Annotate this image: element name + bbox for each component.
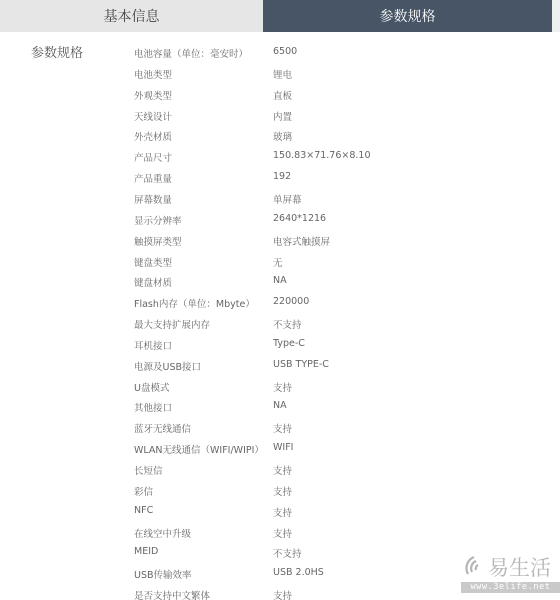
spec-label: 产品重量	[134, 171, 172, 185]
spec-label: 蓝牙无线通信	[134, 421, 191, 435]
spec-row: 产品尺寸150.83×71.76×8.10	[0, 147, 560, 167]
spec-value: 玻璃	[273, 129, 292, 143]
spec-value: 支持	[273, 380, 292, 394]
spec-value: 电容式触摸屏	[273, 234, 330, 248]
spec-value: 192	[273, 171, 291, 182]
spec-row: 键盘材质NA	[0, 272, 560, 292]
spec-row: 外观类型直板	[0, 85, 560, 105]
spec-row: 耳机接口Type-C	[0, 335, 560, 355]
spec-value: WIFI	[273, 442, 293, 453]
spec-row: 屏幕数量单屏幕	[0, 189, 560, 209]
spec-label: 产品尺寸	[134, 150, 172, 164]
spec-label: 其他接口	[134, 400, 172, 414]
spec-row: 在线空中升级支持	[0, 523, 560, 543]
spec-label: 耳机接口	[134, 338, 172, 352]
spec-row: WLAN无线通信（WIFI/WIPI）WIFI	[0, 439, 560, 459]
tab-basic-info[interactable]: 基本信息	[0, 0, 263, 32]
spec-row: 其他接口NA	[0, 397, 560, 417]
spec-row: 彩信支持	[0, 481, 560, 501]
spec-label: 最大支持扩展内存	[134, 317, 210, 331]
spec-row: 电池容量（单位：毫安时）6500	[0, 43, 560, 63]
spec-value: 直板	[273, 88, 292, 102]
spec-label: WLAN无线通信（WIFI/WIPI）	[134, 442, 264, 456]
spec-label: NFC	[134, 505, 153, 516]
spec-value: 2640*1216	[273, 213, 326, 224]
spec-label: 电池容量（单位：毫安时）	[134, 46, 248, 60]
spec-row: 键盘类型无	[0, 252, 560, 272]
tab-bar-filler	[552, 0, 560, 32]
spec-value: 不支持	[273, 546, 302, 560]
spec-value: 150.83×71.76×8.10	[273, 150, 371, 161]
watermark-logo-icon	[460, 552, 490, 580]
spec-value: 单屏幕	[273, 192, 302, 206]
spec-label: MEID	[134, 546, 158, 557]
spec-value: NA	[273, 275, 287, 286]
spec-value: 内置	[273, 109, 292, 123]
watermark-text: 易生活	[488, 552, 551, 582]
spec-value: 支持	[273, 421, 292, 435]
spec-label: 触摸屏类型	[134, 234, 182, 248]
tab-specifications[interactable]: 参数规格	[263, 0, 552, 32]
spec-value: 无	[273, 255, 283, 269]
spec-label: 彩信	[134, 484, 153, 498]
spec-value: 锂电	[273, 67, 292, 81]
spec-row: 电源及USB接口USB TYPE-C	[0, 356, 560, 376]
tab-bar: 基本信息 参数规格	[0, 0, 560, 32]
spec-row: NFC支持	[0, 502, 560, 522]
spec-row: 天线设计内置	[0, 106, 560, 126]
spec-label: 屏幕数量	[134, 192, 172, 206]
spec-row: Flash内存（单位：Mbyte）220000	[0, 293, 560, 313]
spec-value: 支持	[273, 484, 292, 498]
spec-label: Flash内存（单位：Mbyte）	[134, 296, 255, 310]
spec-row: 电池类型锂电	[0, 64, 560, 84]
spec-row: 产品重量192	[0, 168, 560, 188]
spec-row: 外壳材质玻璃	[0, 126, 560, 146]
spec-label: 电池类型	[134, 67, 172, 81]
spec-value: 220000	[273, 296, 309, 307]
spec-row: U盘模式支持	[0, 377, 560, 397]
spec-label: 键盘材质	[134, 275, 172, 289]
spec-label: U盘模式	[134, 380, 169, 394]
spec-row: 显示分辨率2640*1216	[0, 210, 560, 230]
spec-value: 支持	[273, 588, 292, 600]
spec-label: 在线空中升级	[134, 526, 191, 540]
spec-value: 支持	[273, 526, 292, 540]
spec-value: USB TYPE-C	[273, 359, 329, 370]
spec-value: Type-C	[273, 338, 305, 349]
spec-value: 支持	[273, 505, 292, 519]
tab-basic-info-label: 基本信息	[104, 6, 160, 26]
spec-value: 不支持	[273, 317, 302, 331]
spec-label: 键盘类型	[134, 255, 172, 269]
tab-specifications-label: 参数规格	[380, 6, 436, 26]
spec-value: NA	[273, 400, 287, 411]
spec-label: 长短信	[134, 463, 163, 477]
spec-label: 电源及USB接口	[134, 359, 201, 373]
spec-value: 支持	[273, 463, 292, 477]
spec-label: 是否支持中文繁体	[134, 588, 210, 600]
watermark: 易生活 www.3elife.net	[460, 552, 560, 600]
watermark-url: www.3elife.net	[461, 582, 560, 593]
spec-row: 触摸屏类型电容式触摸屏	[0, 231, 560, 251]
spec-label: 外壳材质	[134, 129, 172, 143]
spec-value: 6500	[273, 46, 297, 57]
spec-label: 显示分辨率	[134, 213, 182, 227]
spec-row: 最大支持扩展内存不支持	[0, 314, 560, 334]
spec-row: 蓝牙无线通信支持	[0, 418, 560, 438]
spec-label: 外观类型	[134, 88, 172, 102]
spec-value: USB 2.0HS	[273, 567, 324, 578]
spec-row: 长短信支持	[0, 460, 560, 480]
spec-label: USB传输效率	[134, 567, 192, 581]
spec-label: 天线设计	[134, 109, 172, 123]
